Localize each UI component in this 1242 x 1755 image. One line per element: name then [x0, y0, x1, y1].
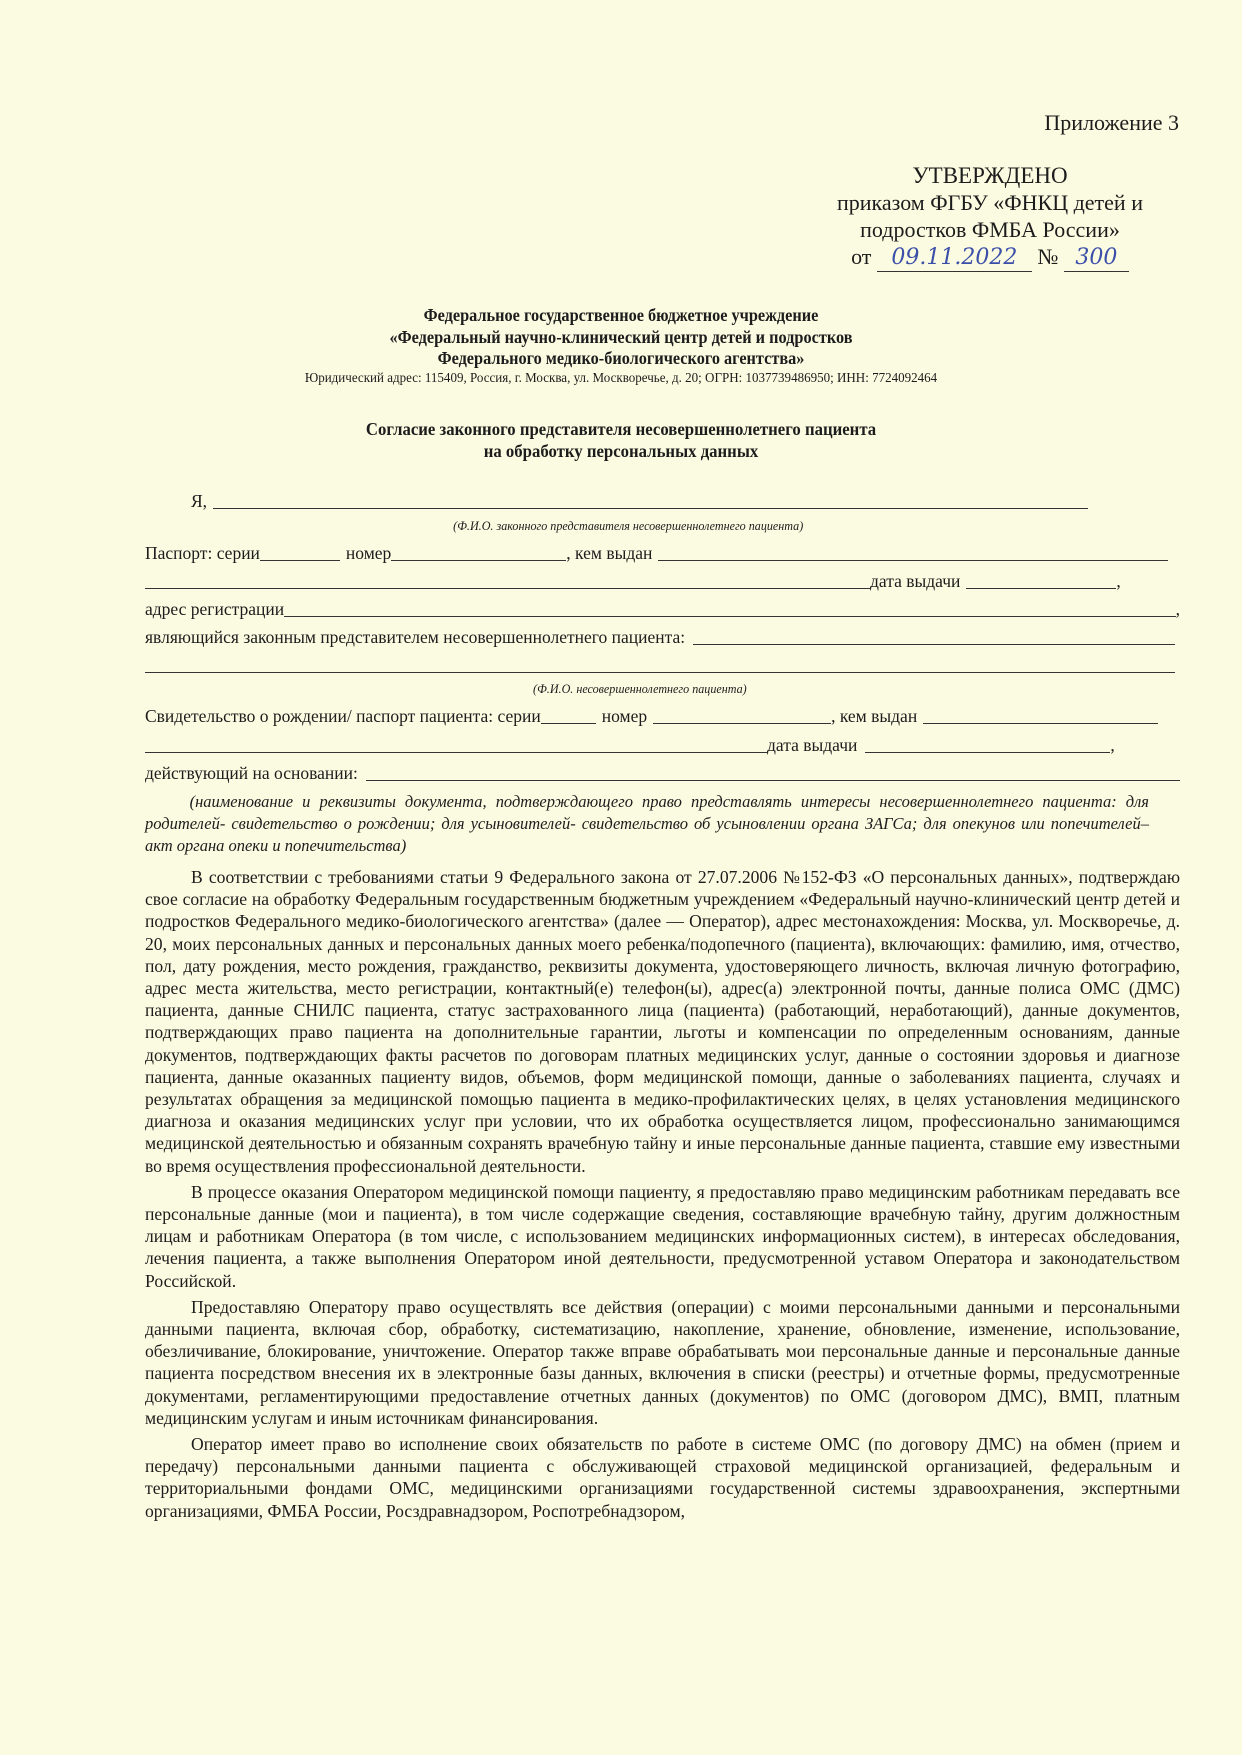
representative-caption: (Ф.И.О. законного представителя несоверш…: [453, 518, 803, 534]
issue-date-label: дата выдачи: [870, 571, 960, 592]
acting-basis-row: действующий на основании:: [145, 760, 1180, 784]
passport-series-field[interactable]: [260, 542, 340, 561]
i-label: Я,: [191, 491, 207, 512]
patient-date-row: дата выдачи ,: [145, 732, 1180, 756]
patient-number-field[interactable]: [653, 705, 831, 724]
comma: ,: [1110, 735, 1114, 756]
birth-cert-label: Свидетельство о рождении/ паспорт пациен…: [145, 706, 541, 727]
paragraph-3: Предоставляю Оператору право осуществлят…: [145, 1296, 1180, 1429]
passport-series-label: Паспорт: серии: [145, 543, 260, 564]
patient-issued-by-field-2[interactable]: [145, 734, 767, 753]
patient-number-label: номер: [602, 706, 647, 727]
consent-body: В соответствии с требованиями статьи 9 Ф…: [145, 866, 1180, 1522]
passport-date-row: дата выдачи ,: [145, 568, 1180, 592]
acting-basis-label: действующий на основании:: [145, 763, 358, 784]
patient-name-field[interactable]: [693, 626, 1175, 645]
patient-name-field-2[interactable]: [145, 654, 1175, 673]
registration-label: адрес регистрации: [145, 599, 284, 620]
representative-row: Я,: [145, 488, 1180, 512]
consent-form: Я, (Ф.И.О. законного представителя несов…: [145, 0, 1180, 800]
patient-issue-date-label: дата выдачи: [767, 735, 857, 756]
passport-issued-by-field[interactable]: [658, 542, 1168, 561]
patient-issued-by-label: , кем выдан: [831, 706, 917, 727]
patient-issued-by-field[interactable]: [923, 705, 1158, 724]
issued-by-label: , кем выдан: [566, 543, 652, 564]
comma: ,: [1116, 571, 1120, 592]
paragraph-4: Оператор имеет право во исполнение своих…: [145, 1433, 1180, 1522]
paragraph-1: В соответствии с требованиями статьи 9 Ф…: [145, 866, 1180, 1177]
being-representative-label: являющийся законным представителем несов…: [145, 627, 685, 648]
birth-certificate-row: Свидетельство о рождении/ паспорт пациен…: [145, 703, 1180, 727]
acting-basis-field[interactable]: [366, 762, 1180, 781]
registration-row: адрес регистрации ,: [145, 596, 1180, 620]
representative-name-field[interactable]: [213, 490, 1088, 509]
comma: ,: [1176, 599, 1180, 620]
patient-caption: (Ф.И.О. несовершеннолетнего пациента): [533, 681, 747, 697]
basis-hint-text: (наименование и реквизиты документа, под…: [145, 791, 1149, 857]
passport-number-label: номер: [346, 543, 391, 564]
passport-issue-date-field[interactable]: [966, 570, 1116, 589]
passport-number-field[interactable]: [391, 542, 566, 561]
registration-address-field[interactable]: [284, 598, 1176, 617]
passport-row: Паспорт: серии номер , кем выдан: [145, 540, 1180, 564]
patient-issue-date-field[interactable]: [865, 734, 1110, 753]
basis-hint: (наименование и реквизиты документа, под…: [145, 791, 1149, 857]
patient-name-row-2: [145, 652, 1180, 676]
passport-issued-by-field-2[interactable]: [145, 570, 870, 589]
patient-series-field[interactable]: [541, 705, 596, 724]
representative-status-row: являющийся законным представителем несов…: [145, 624, 1180, 648]
paragraph-2: В процессе оказания Оператором медицинск…: [145, 1181, 1180, 1292]
